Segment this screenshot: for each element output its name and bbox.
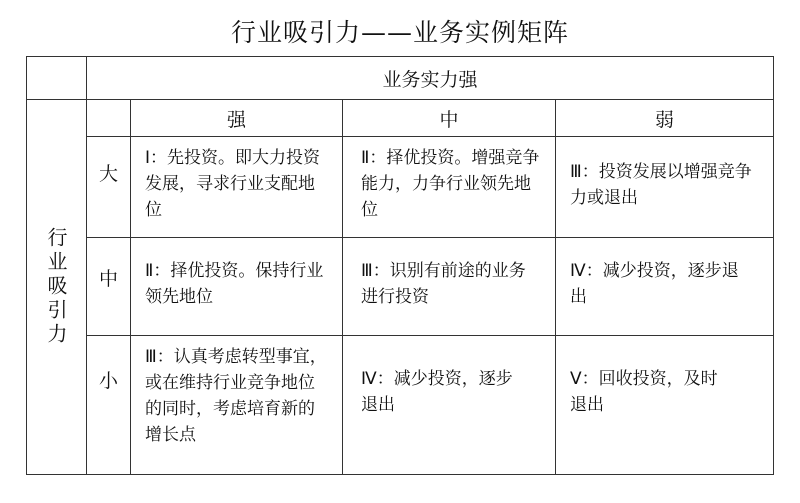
matrix-cell-large-strong: Ⅰ：先投资。即大力投资发展，寻求行业支配地位 — [131, 137, 343, 238]
row-label-small: 小 — [87, 336, 131, 474]
row-label: 中 — [99, 264, 118, 291]
matrix-cell-medium-strong: Ⅱ：择优投资。保持行业领先地位 — [131, 238, 343, 336]
row-label: 大 — [99, 159, 118, 186]
cell-text: Ⅰ：先投资。即大力投资发展，寻求行业支配地位 — [145, 145, 328, 223]
cell-text: Ⅲ：认真考虑转型事宜，或在维持行业竞争地位的同时，考虑培育新的增长点 — [145, 344, 330, 448]
row-group-header: 行业吸引力 — [27, 100, 87, 474]
page-title: 行业吸引力——业务实例矩阵 — [0, 16, 800, 50]
cell-text: Ⅲ：投资发展以增强竞争力或退出 — [570, 159, 761, 211]
matrix-cell-small-weak: Ⅴ：回收投资，及时退出 — [556, 336, 773, 474]
row-label-medium: 中 — [87, 238, 131, 336]
matrix-cell-large-medium: Ⅱ：择优投资。增强竞争能力，力争行业领先地位 — [343, 137, 556, 238]
column-group-header: 业务实力强 — [87, 57, 773, 100]
corner-cell — [27, 57, 87, 100]
row-label: 小 — [99, 366, 118, 393]
cell-text: Ⅱ：择优投资。增强竞争能力，力争行业领先地位 — [361, 145, 541, 223]
matrix-cell-large-weak: Ⅲ：投资发展以增强竞争力或退出 — [556, 137, 773, 238]
row-label-header-blank — [87, 100, 131, 137]
cell-text: Ⅳ：减少投资，逐步退出 — [570, 258, 753, 310]
row-group-header-label: 行业吸引力 — [42, 227, 71, 347]
matrix-cell-medium-weak: Ⅳ：减少投资，逐步退出 — [556, 238, 773, 336]
column-header-weak: 弱 — [556, 100, 773, 137]
matrix-table: 业务实力强 行业吸引力 强 中 弱 大 Ⅰ：先投资。即大力投资发展，寻求行业支配… — [26, 56, 774, 475]
matrix-cell-small-medium: Ⅳ：减少投资，逐步退出 — [343, 336, 556, 474]
row-label-large: 大 — [87, 137, 131, 238]
column-header-strong: 强 — [131, 100, 343, 137]
column-header-label: 强 — [227, 105, 246, 132]
cell-text: Ⅴ：回收投资，及时退出 — [570, 366, 731, 418]
column-header-label: 弱 — [655, 105, 674, 132]
column-group-header-label: 业务实力强 — [382, 65, 477, 92]
cell-text: Ⅳ：减少投资，逐步退出 — [361, 366, 521, 418]
matrix-cell-small-strong: Ⅲ：认真考虑转型事宜，或在维持行业竞争地位的同时，考虑培育新的增长点 — [131, 336, 343, 474]
column-header-medium: 中 — [343, 100, 556, 137]
matrix-cell-medium-medium: Ⅲ：识别有前途的业务进行投资 — [343, 238, 556, 336]
cell-text: Ⅲ：识别有前途的业务进行投资 — [361, 258, 531, 310]
cell-text: Ⅱ：择优投资。保持行业领先地位 — [145, 258, 328, 310]
column-header-label: 中 — [439, 105, 458, 132]
